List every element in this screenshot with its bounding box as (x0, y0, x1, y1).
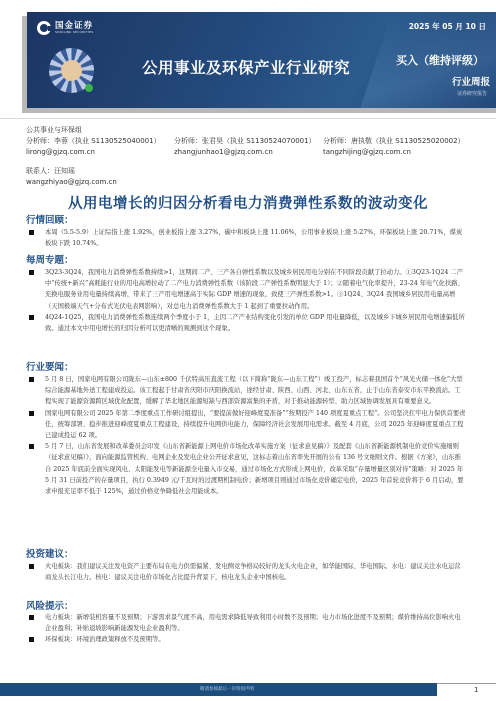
section-heading-risk-warning: 风险提示： (26, 598, 74, 612)
bullet-item: 5 月 7 日，山东省发展和改革委员会印发《山东省新能源上网电价市场化改革实施方… (26, 441, 466, 497)
bullet-item: 本周（5.5-5.9）上证综指上涨 1.92%，创业板指上涨 3.27%，碳中和… (26, 227, 466, 249)
bullet-item: 环保板块：环境治理政策释放不及预期等。 (26, 634, 466, 645)
section-heading-industry-news: 行业要闻： (26, 359, 74, 373)
contact-name: 联系人：汪知瑶 (26, 166, 117, 177)
bullet-square-icon (29, 230, 34, 235)
analyst-3: 分析师：唐执敬（执业 S1130525020002） tangzhijing@g… (323, 136, 465, 158)
bullet-square-icon (29, 615, 34, 620)
section-investment-advice: 火电板块：我们建议关注发电资产主要布局在电力供需偏紧、发电侧竞争格局较好的龙头火… (26, 561, 466, 583)
bullet-item: 5 月 8 日，国家电网有限公司陇东—山东±800 千伏特高压直流工程（以下简称… (26, 374, 466, 408)
section-weekly-topic: 3Q23-3Q24，我国电力消费弹性系数持续>1，这期间二产、三产各自弹性系数以… (26, 267, 466, 334)
bullet-square-icon (29, 270, 34, 275)
bullet-square-icon (29, 315, 34, 320)
bullet-text: 5 月 7 日，山东省发展和改革委员会印发《山东省新能源上网电价市场化改革实施方… (45, 443, 464, 495)
contact-email[interactable]: wangzhiyao@gjzq.com.cn (26, 177, 117, 188)
logo-name-cn: 国金证券 (55, 22, 93, 31)
analyst-2: 分析师：张君昊（执业 S1130524070001） zhangjunhao1@… (174, 136, 316, 158)
section-heading-investment-advice: 投资建议： (26, 546, 74, 560)
bullet-item: 火电板块：我们建议关注发电资产主要布局在电力供需偏紧、发电侧竞争格局较好的龙头火… (26, 561, 466, 583)
analyst-email[interactable]: zhangjunhao1@gjzq.com.cn (174, 147, 316, 158)
wechat-badge-icon (85, 84, 93, 92)
bullet-text: 电力板块：新增装机容量不及预期；下游需求景气度不高，用电需求降低导致利用小时数不… (45, 614, 461, 632)
bullet-text: 火电板块：我们建议关注发电资产主要布局在电力供需偏紧、发电侧竞争格局较好的龙头火… (45, 563, 461, 581)
section-market-review: 本周（5.5-5.9）上证综指上涨 1.92%，创业板指上涨 3.27%，碳中和… (26, 227, 466, 249)
company-logo: 国金证券 SINOLINK SECURITIES (37, 21, 93, 35)
analyst-1: 分析师：李蓉（执业 S1130525040001） lirong@gjzq.co… (26, 136, 161, 158)
page-number: 1 (474, 686, 478, 694)
analyst-email[interactable]: lirong@gjzq.com.cn (26, 147, 161, 158)
report-banner: 国金证券 SINOLINK SECURITIES 公用事业及环保产业行业研究 2… (27, 12, 496, 108)
bullet-item: 国家电网有限公司 2025 年第二季度重点工作研讨组提出，“要提前做好迎峰度夏准… (26, 408, 466, 442)
analyst-email[interactable]: tangzhijing@gjzq.com.cn (323, 147, 465, 158)
bullet-item: 4Q24-1Q25，我国电力消费弹性系数连续两个季度小于 1，主因二产产业结构变… (26, 312, 466, 334)
analyst-name: 分析师：唐执敬（执业 S1130525020002） (323, 136, 465, 147)
logo-name-en: SINOLINK SECURITIES (55, 31, 93, 34)
analyst-group: 公共事业与环保组 (26, 125, 82, 136)
bullet-item: 3Q23-3Q24，我国电力消费弹性系数持续>1，这期间二产、三产各自弹性系数以… (26, 267, 466, 312)
analyst-name: 分析师：李蓉（执业 S1130525040001） (26, 136, 161, 147)
bullet-text: 国家电网有限公司 2025 年第二季度重点工作研讨组提出，“要提前做好迎峰度夏准… (45, 410, 465, 439)
bullet-text: 5 月 8 日，国家电网有限公司陇东—山东±800 千伏特高压直流工程（以下简称… (45, 376, 463, 405)
document-title: 从用电增长的归因分析看电力消费弹性系数的波动变化 (0, 192, 496, 213)
bullet-item: 电力板块：新增装机容量不及预期；下游需求景气度不高，用电需求降低导致利用小时数不… (26, 612, 466, 634)
report-type: 行业周报 (452, 74, 490, 88)
report-date: 2025 年 05 月 10 日 (409, 21, 486, 32)
footer-divider (437, 683, 496, 684)
section-heading-weekly-topic: 每周专题： (26, 252, 74, 266)
bullet-square-icon (29, 444, 34, 449)
report-category: 证券研究报告 (457, 90, 487, 97)
footer-disclaimer: 敬请参阅最后一页特别声明 (200, 686, 254, 692)
section-industry-news: 5 月 8 日，国家电网有限公司陇东—山东±800 千伏特高压直流工程（以下简称… (26, 374, 466, 497)
analyst-block: 公共事业与环保组 (26, 125, 82, 136)
bullet-square-icon (29, 411, 34, 416)
section-heading-market-review: 行情回顾： (26, 212, 74, 226)
bullet-text: 4Q24-1Q25，我国电力消费弹性系数连续两个季度小于 1，主因二产产业结构变… (45, 314, 465, 332)
contact-block: 联系人：汪知瑶 wangzhiyao@gjzq.com.cn (26, 166, 117, 188)
section-risk-warning: 电力板块：新增装机容量不及预期；下游需求景气度不高，用电需求降低导致利用小时数不… (26, 612, 466, 646)
header-divider (0, 118, 496, 119)
bullet-square-icon (29, 564, 34, 569)
bullet-text: 本周（5.5-5.9）上证综指上涨 1.92%，创业板指上涨 3.27%，碳中和… (45, 229, 462, 247)
rating-badge: 买入（维持评级） (396, 52, 484, 68)
bullet-text: 环保板块：环境治理政策释放不及预期等。 (45, 636, 165, 643)
bullet-square-icon (29, 377, 34, 382)
bullet-text: 3Q23-3Q24，我国电力消费弹性系数持续>1，这期间二产、三产各自弹性系数以… (45, 269, 464, 310)
industry-title: 公用事业及环保产业行业研究 (142, 56, 350, 78)
logo-icon (37, 21, 51, 35)
bullet-square-icon (29, 637, 34, 642)
analyst-name: 分析师：张君昊（执业 S1130524070001） (174, 136, 316, 147)
